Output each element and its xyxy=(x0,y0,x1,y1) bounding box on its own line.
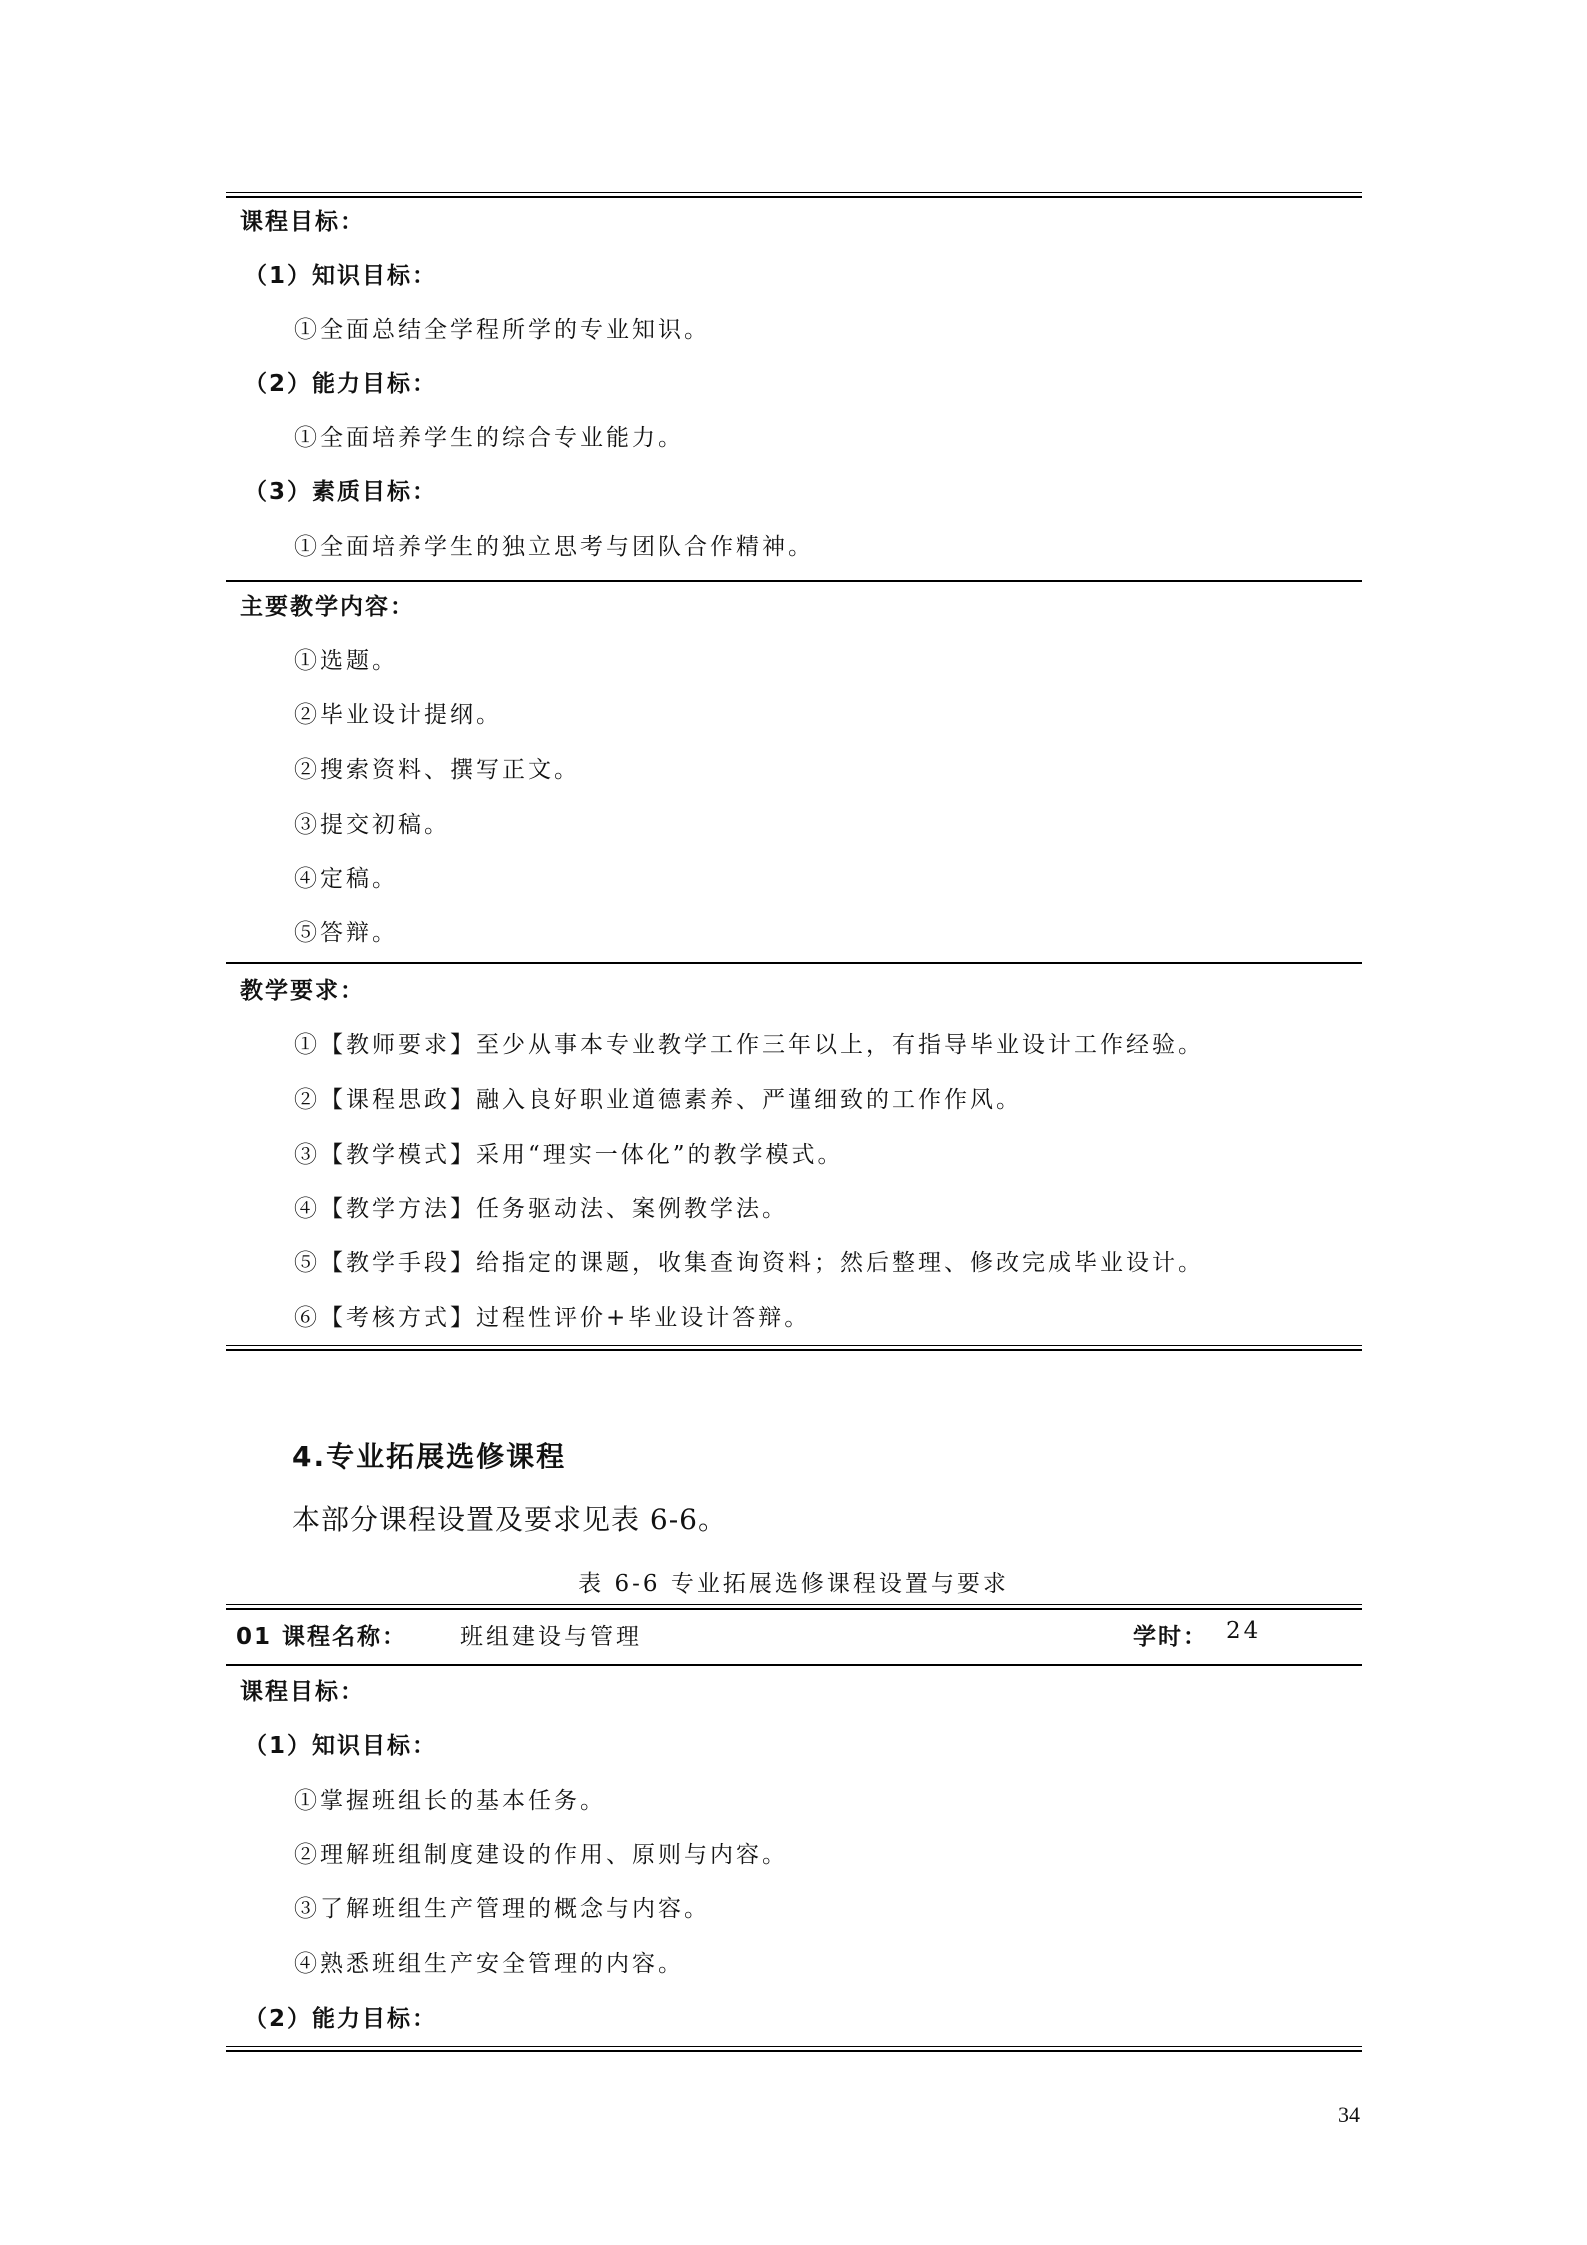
knowledge-item: ①全面总结全学程所学的专业知识。 xyxy=(294,311,710,344)
ability-item: ①全面培养学生的综合专业能力。 xyxy=(294,419,684,452)
table-bottom-border xyxy=(226,2046,1362,2052)
knowledge-item: ①掌握班组长的基本任务。 xyxy=(294,1782,606,1815)
hours-label: 学时： xyxy=(1133,1618,1208,1651)
document-page: 课程目标： （1）知识目标： ①全面总结全学程所学的专业知识。 （2）能力目标：… xyxy=(0,0,1587,2245)
section-paragraph: 本部分课程设置及要求见表 6-6。 xyxy=(292,1498,727,1538)
course-name: 班组建设与管理 xyxy=(460,1618,642,1651)
knowledge-item: ③了解班组生产管理的概念与内容。 xyxy=(294,1890,710,1923)
requirement-item: ②【课程思政】融入良好职业道德素养、严谨细致的工作作风。 xyxy=(294,1081,1022,1114)
requirements-header: 教学要求： xyxy=(240,972,365,1005)
quality-item: ①全面培养学生的独立思考与团队合作精神。 xyxy=(294,528,814,561)
goals-header: 课程目标： xyxy=(240,203,365,236)
content-item: ②搜索资料、撰写正文。 xyxy=(294,751,580,784)
requirement-item: ⑤【教学手段】给指定的课题，收集查询资料；然后整理、修改完成毕业设计。 xyxy=(294,1244,1204,1277)
ability-title: （2）能力目标： xyxy=(244,2000,437,2033)
content-item: ④定稿。 xyxy=(294,860,398,893)
table-bottom-border xyxy=(226,1345,1362,1351)
page-number: 34 xyxy=(1338,2102,1360,2128)
row-divider xyxy=(226,580,1362,582)
content-item: ⑤答辩。 xyxy=(294,914,398,947)
requirement-item: ③【教学模式】采用“理实一体化”的教学模式。 xyxy=(294,1136,844,1169)
table-caption: 表 6-6 专业拓展选修课程设置与要求 xyxy=(0,1565,1587,1598)
section-heading: 4.专业拓展选修课程 xyxy=(292,1435,566,1475)
content-item: ①选题。 xyxy=(294,642,398,675)
knowledge-title: （1）知识目标： xyxy=(244,257,437,290)
row-divider xyxy=(226,962,1362,964)
knowledge-item: ②理解班组制度建设的作用、原则与内容。 xyxy=(294,1836,788,1869)
goals-header: 课程目标： xyxy=(240,1673,365,1706)
ability-title: （2）能力目标： xyxy=(244,365,437,398)
content-item: ③提交初稿。 xyxy=(294,806,450,839)
content-header: 主要教学内容： xyxy=(240,588,415,621)
requirement-item: ④【教学方法】任务驱动法、案例教学法。 xyxy=(294,1190,788,1223)
hours-value: 24 xyxy=(1226,1618,1261,1644)
row-divider xyxy=(226,1664,1362,1666)
content-item: ②毕业设计提纲。 xyxy=(294,696,502,729)
course-label: 01 课程名称： xyxy=(236,1618,407,1651)
table-top-border xyxy=(226,192,1362,198)
table-top-border xyxy=(226,1604,1362,1610)
requirement-item: ⑥【考核方式】过程性评价+毕业设计答辩。 xyxy=(294,1299,810,1332)
quality-title: （3）素质目标： xyxy=(244,473,437,506)
knowledge-item: ④熟悉班组生产安全管理的内容。 xyxy=(294,1945,684,1978)
requirement-item: ①【教师要求】至少从事本专业教学工作三年以上，有指导毕业设计工作经验。 xyxy=(294,1026,1204,1059)
knowledge-title: （1）知识目标： xyxy=(244,1727,437,1760)
